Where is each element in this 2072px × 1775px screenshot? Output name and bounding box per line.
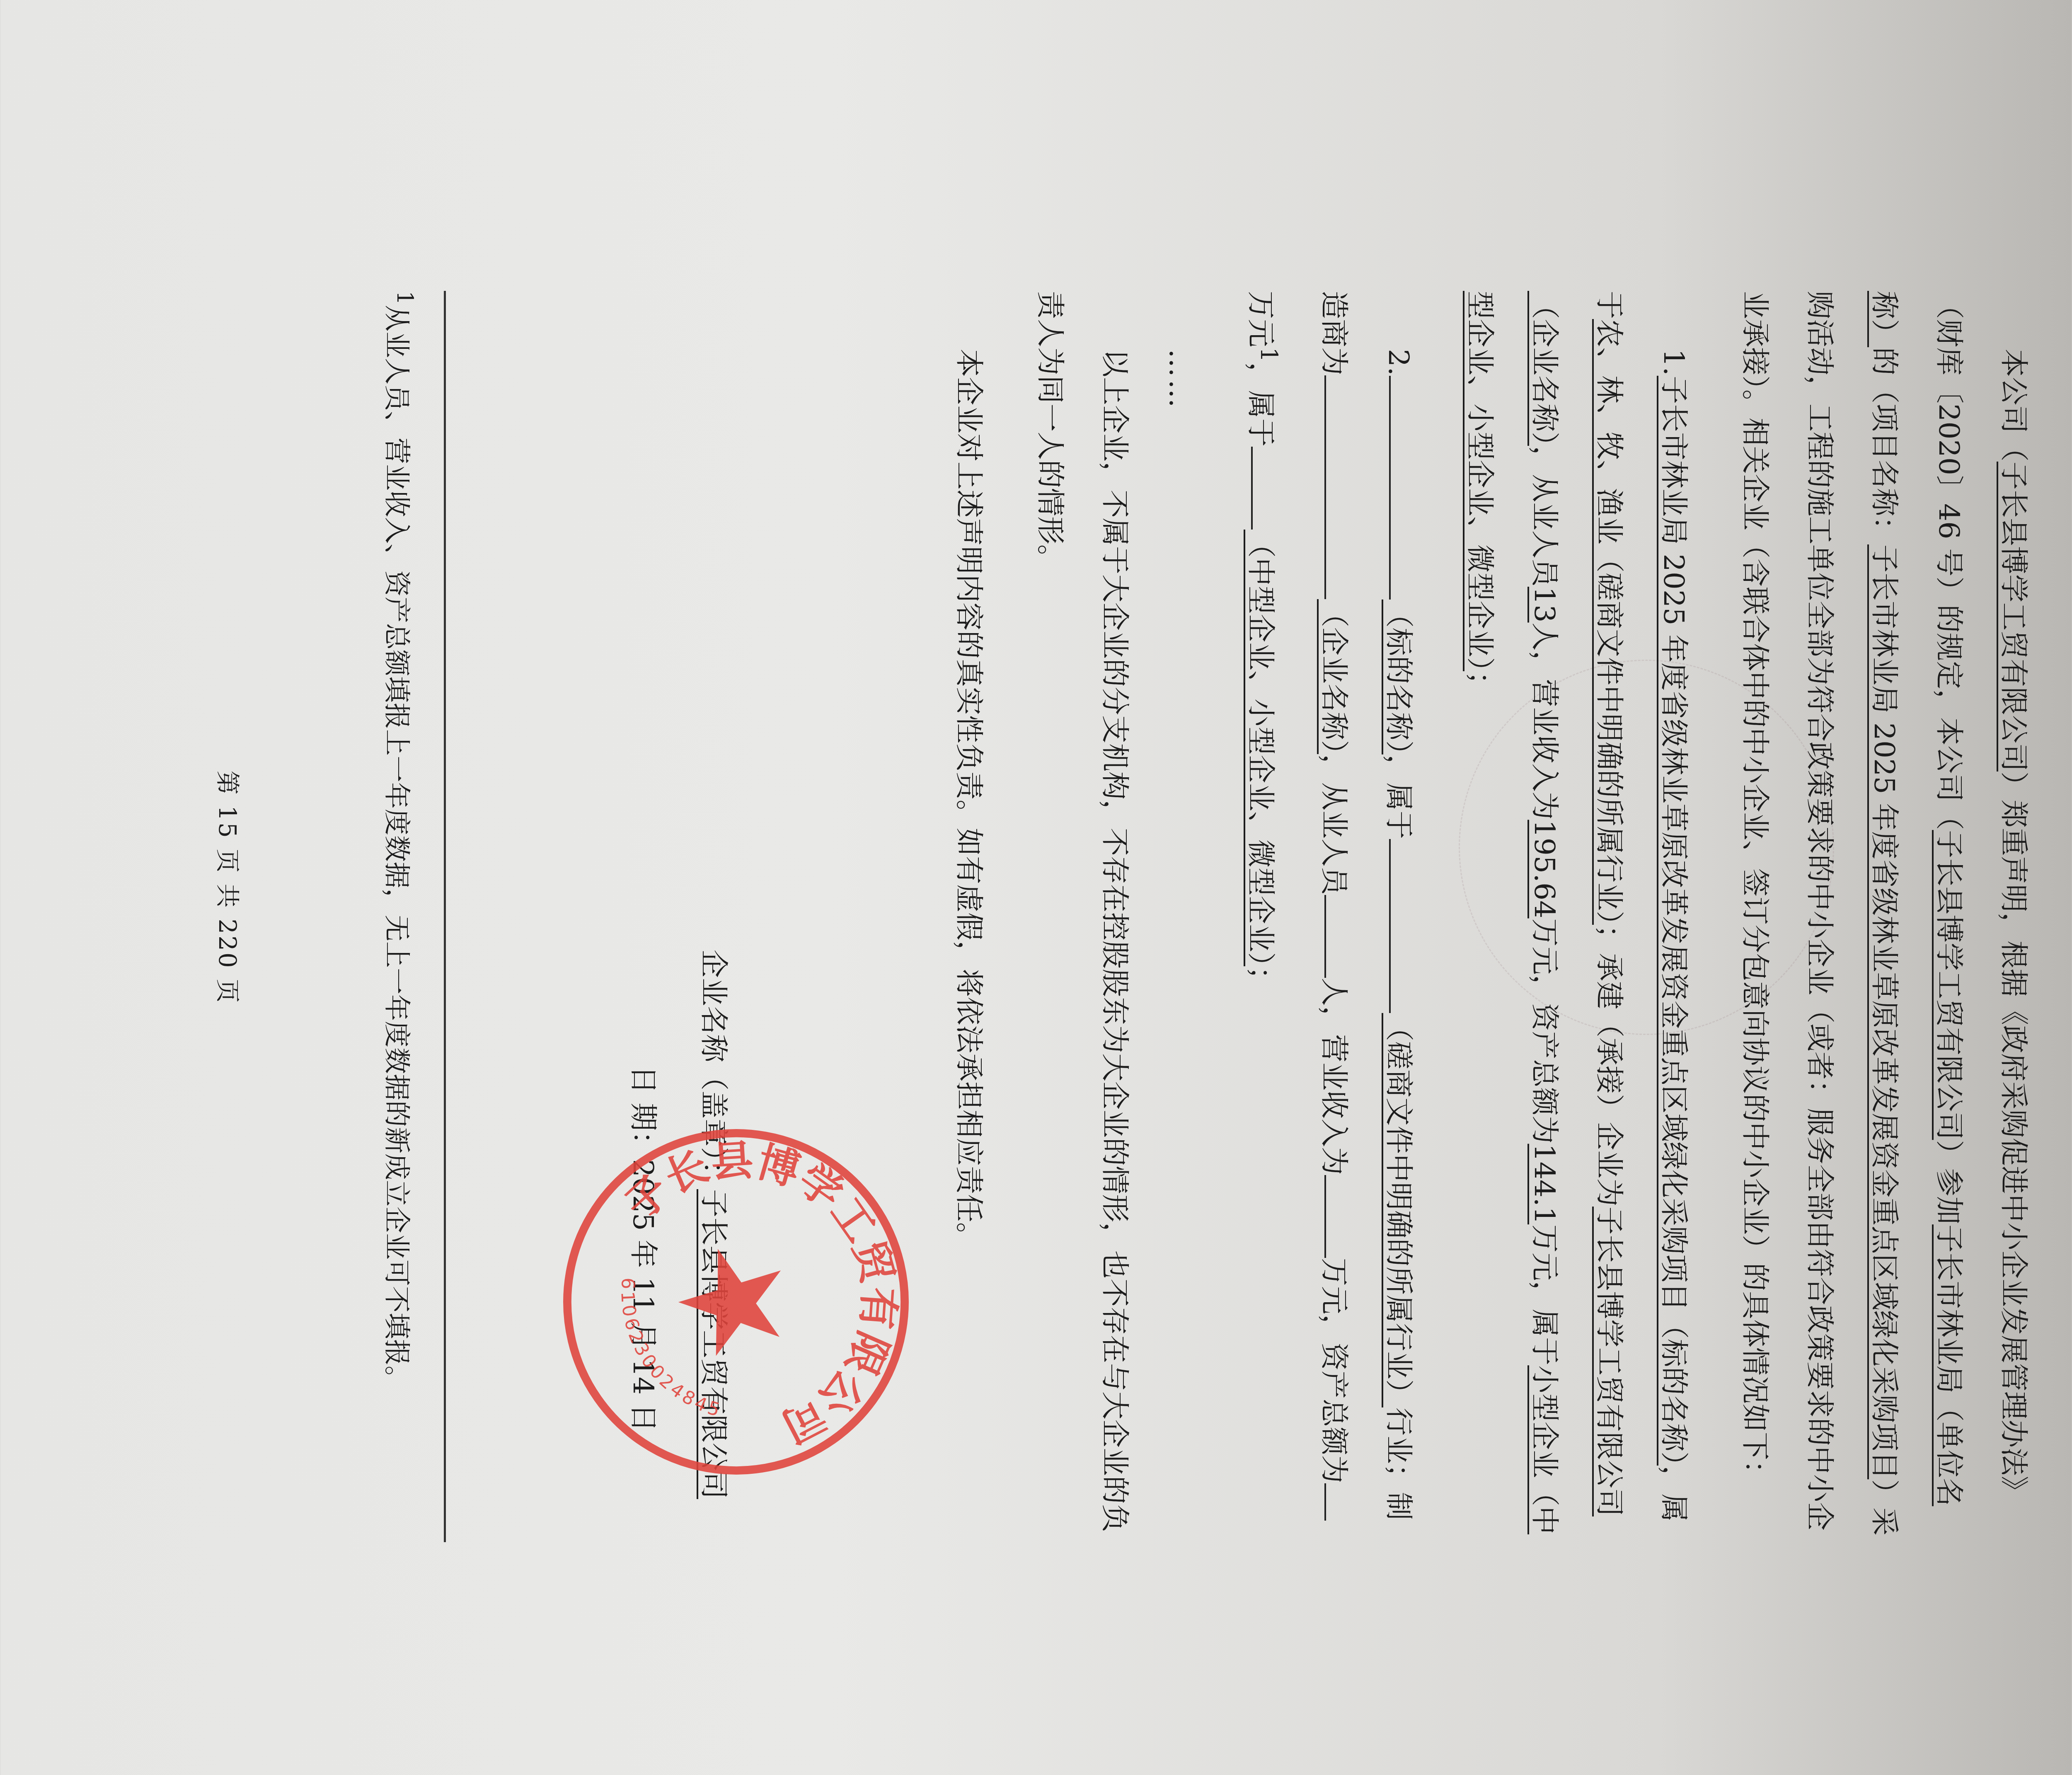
category-hint: （中型企业、小型企业、微型企业） — [1244, 530, 1277, 966]
footnote-mark: 1 — [392, 291, 418, 305]
text: ； — [1463, 671, 1496, 699]
text: ，从业人员 — [1528, 446, 1561, 587]
blank-field — [1324, 1483, 1351, 1521]
item-number: 2. — [1382, 349, 1415, 376]
intro-paragraph: 本公司（子长县博学工贸有限公司）郑重声明，根据《政府采购促进中小企业发展管理办法… — [1722, 291, 2045, 1542]
blank-field — [1324, 375, 1351, 599]
enterprise-hint: （企业名称） — [1317, 599, 1350, 754]
signature-date-row: 日 期：2025 年 11 月 14 日 — [608, 950, 678, 1499]
signature-company-row: 企业名称（盖章）：子长县博学工贸有限公司 — [678, 950, 748, 1499]
text: 的（项目名称： — [1868, 347, 1900, 544]
text: ，属于 — [1244, 362, 1277, 447]
text: 万元，资产总额为 — [1528, 919, 1561, 1144]
item-1: 1.子长市林业局 2025 年度省级林业草原改革发展资金重点区域绿化采购项目（标… — [1447, 291, 1706, 1542]
date-label: 日 期： — [627, 1066, 659, 1159]
text: ； — [1244, 966, 1277, 994]
declaration-body: 本公司（子长县博学工贸有限公司）郑重声明，根据《政府采购促进中小企业发展管理办法… — [936, 291, 2045, 1542]
footnote-text: 从业人员、营业收入、资产总额填报上一年度数据，无上一年度数据的新成立企业可不填报… — [381, 305, 412, 1392]
text: 人，营业收入为 — [1317, 978, 1350, 1175]
footnote-mark: 1 — [1255, 347, 1283, 362]
project-name: 子长市林业局 2025 年度省级林业草原改革发展资金重点区域绿化采购项目 — [1868, 544, 1900, 1479]
signature-block: 企业名称（盖章）：子长县博学工贸有限公司 日 期：2025 年 11 月 14 … — [608, 950, 748, 1499]
declaration-paragraph-2: 本企业对上述声明内容的真实性负责。如有虚假，将依法承担相应责任。 — [936, 291, 1001, 1542]
signature-label: 企业名称（盖章）： — [697, 950, 730, 1189]
footnote: 1从业人员、营业收入、资产总额填报上一年度数据，无上一年度数据的新成立企业可不填… — [372, 291, 429, 1542]
text: ）参加 — [1932, 1140, 1965, 1224]
industry-hint: （磋商文件中明确的所属行业） — [1382, 1013, 1415, 1407]
text: 人，营业收入为 — [1528, 623, 1561, 820]
text: ；承建（承接）企业为 — [1593, 925, 1625, 1207]
text: 万元 — [1244, 291, 1277, 347]
ellipsis: …… — [1147, 291, 1211, 1542]
signature-company: 子长县博学工贸有限公司 — [697, 1189, 730, 1499]
text: 万元，资产总额为 — [1317, 1258, 1350, 1483]
blank-field — [1251, 447, 1278, 530]
document-page: 中小企业声明函（工程、服务） 本公司（子长县博学工贸有限公司）郑重声明，根据《政… — [156, 59, 2072, 1716]
blank-field — [1324, 1175, 1351, 1258]
blank-field — [1324, 895, 1351, 978]
signature-date: 2025 年 11 月 14 日 — [627, 1159, 659, 1432]
blank-field — [1389, 376, 1416, 600]
assets-value: 144.1 — [1528, 1144, 1561, 1225]
company-name-2: 子长县博学工贸有限公司 — [1932, 830, 1965, 1140]
text: ，属于 — [1382, 754, 1415, 839]
text: 万元，属于 — [1528, 1224, 1561, 1365]
page-number: 第 15 页 共 220 页 — [212, 59, 247, 1716]
revenue-value: 195.64 — [1528, 820, 1561, 919]
item-2: 2.（标的名称），属于（磋商文件中明确的所属行业）行业；制造商为（企业名称），从… — [1228, 291, 1431, 1542]
text: 本公司（ — [1997, 349, 2030, 462]
blank-field — [1389, 839, 1416, 1013]
footnote-divider — [444, 291, 446, 1542]
declaration-paragraph-1: 以上企业，不属于大企业的分支机构，不存在控股股东为大企业的情形，也不存在与大企业… — [1017, 291, 1147, 1542]
text: ，从业人员 — [1317, 754, 1350, 895]
item-number: 1. — [1657, 349, 1690, 376]
employee-count: 13 — [1528, 587, 1561, 623]
industry: 农、林、牧、渔业（磋商文件中明确的所属行业） — [1593, 319, 1625, 925]
company-name: 子长县博学工贸有限公司 — [1997, 462, 2030, 771]
subject-hint: （标的名称） — [1382, 600, 1415, 754]
subject-name: 子长市林业局 2025 年度省级林业草原改革发展资金重点区域绿化采购项目（标的名… — [1657, 376, 1690, 1465]
